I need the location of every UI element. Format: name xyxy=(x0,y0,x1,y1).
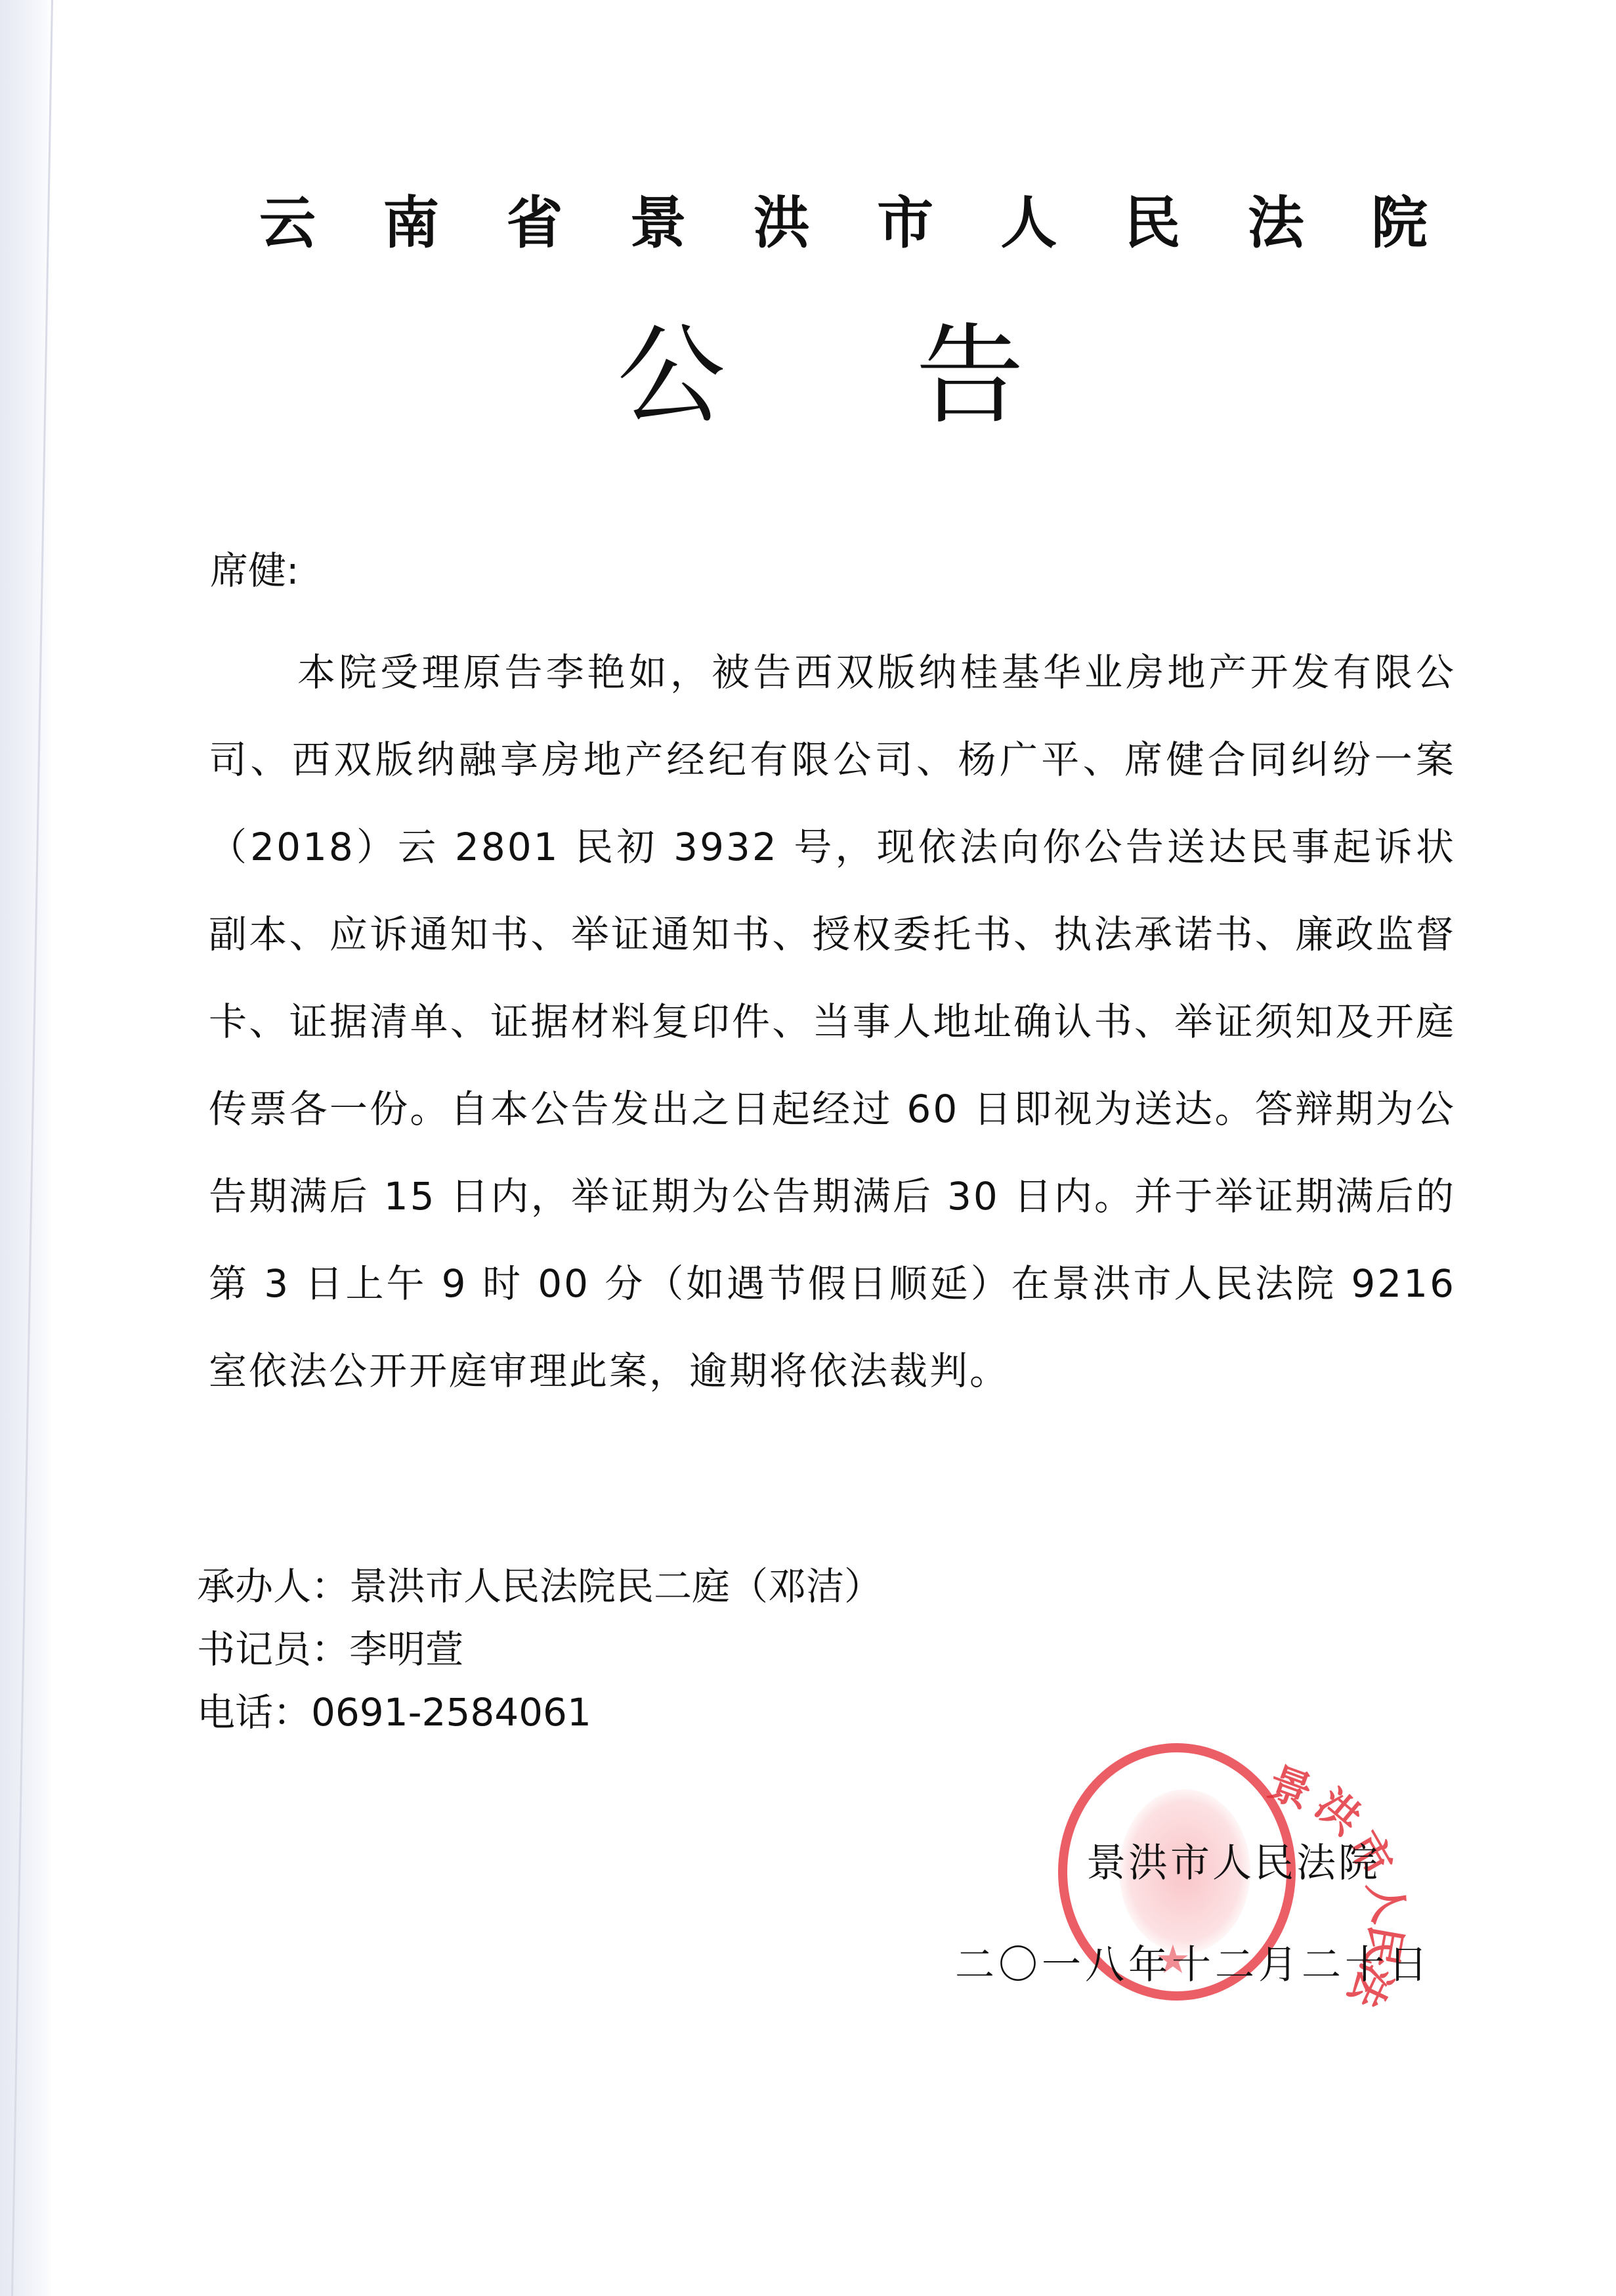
clerk-line: 书记员：李明萱 xyxy=(197,1618,882,1681)
court-name-char: 院 xyxy=(1371,177,1428,259)
doc-title-char: 告 xyxy=(916,289,1024,444)
court-name-char: 民 xyxy=(1124,177,1181,259)
phone-line: 电话：0691-2584061 xyxy=(197,1681,882,1744)
court-name-char: 市 xyxy=(877,177,933,259)
doc-title-char: 公 xyxy=(617,289,725,444)
court-name-heading: 云 南 省 景 洪 市 人 民 法 院 xyxy=(259,177,1428,259)
court-name-char: 景 xyxy=(630,177,687,259)
issue-date: 二〇一八年十二月二十日 xyxy=(955,1934,1432,1990)
handler-line: 承办人：景洪市人民法院民二庭（邓洁） xyxy=(197,1555,882,1618)
court-name-char: 法 xyxy=(1248,177,1304,259)
court-name-char: 省 xyxy=(506,177,563,259)
notice-body: 本院受理原告李艳如，被告西双版纳桂基华业房地产开发有限公司、西双版纳融享房地产经… xyxy=(209,629,1456,1415)
issuer-signature: 景洪市人民法院 xyxy=(1086,1832,1380,1888)
court-name-char: 人 xyxy=(1000,177,1057,259)
document-title: 公 告 xyxy=(617,289,1024,444)
contact-block: 承办人：景洪市人民法院民二庭（邓洁） 书记员：李明萱 电话：0691-25840… xyxy=(197,1555,882,1744)
court-name-char: 洪 xyxy=(754,177,810,259)
court-name-char: 云 xyxy=(259,177,316,259)
addressee: 席健: xyxy=(210,540,299,595)
court-name-char: 南 xyxy=(383,177,439,259)
